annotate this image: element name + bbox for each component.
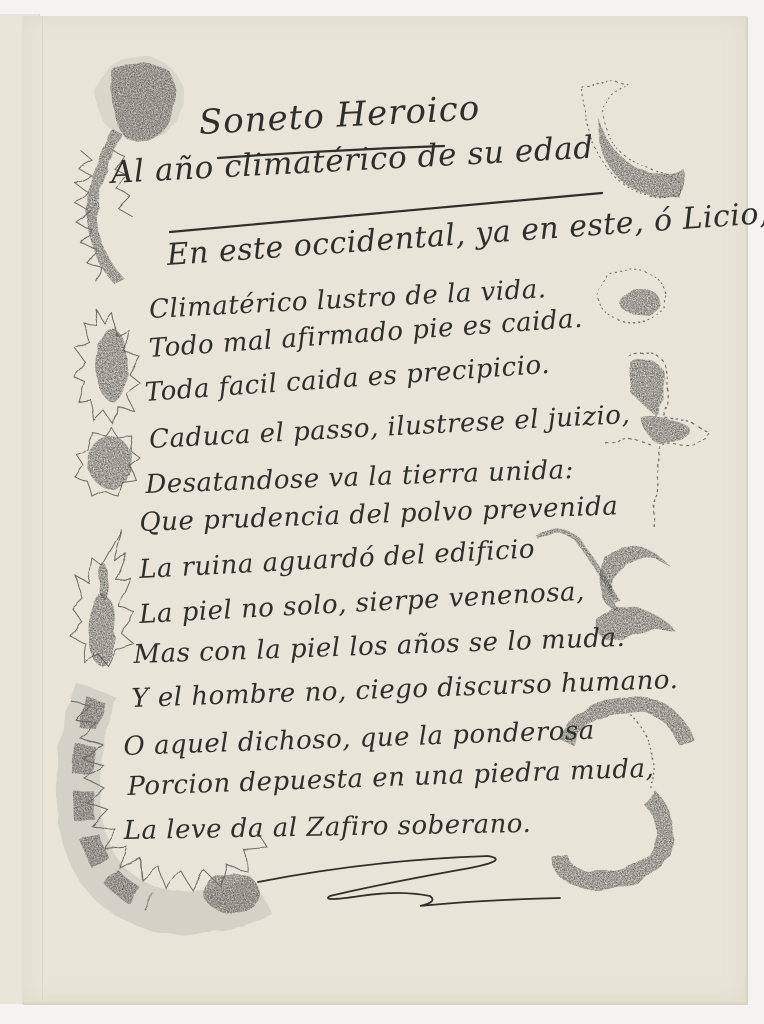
scanned-page-scene: Soneto Heroico Al año climatérico de su … [0, 0, 764, 1024]
gutter-fold [42, 16, 43, 1002]
